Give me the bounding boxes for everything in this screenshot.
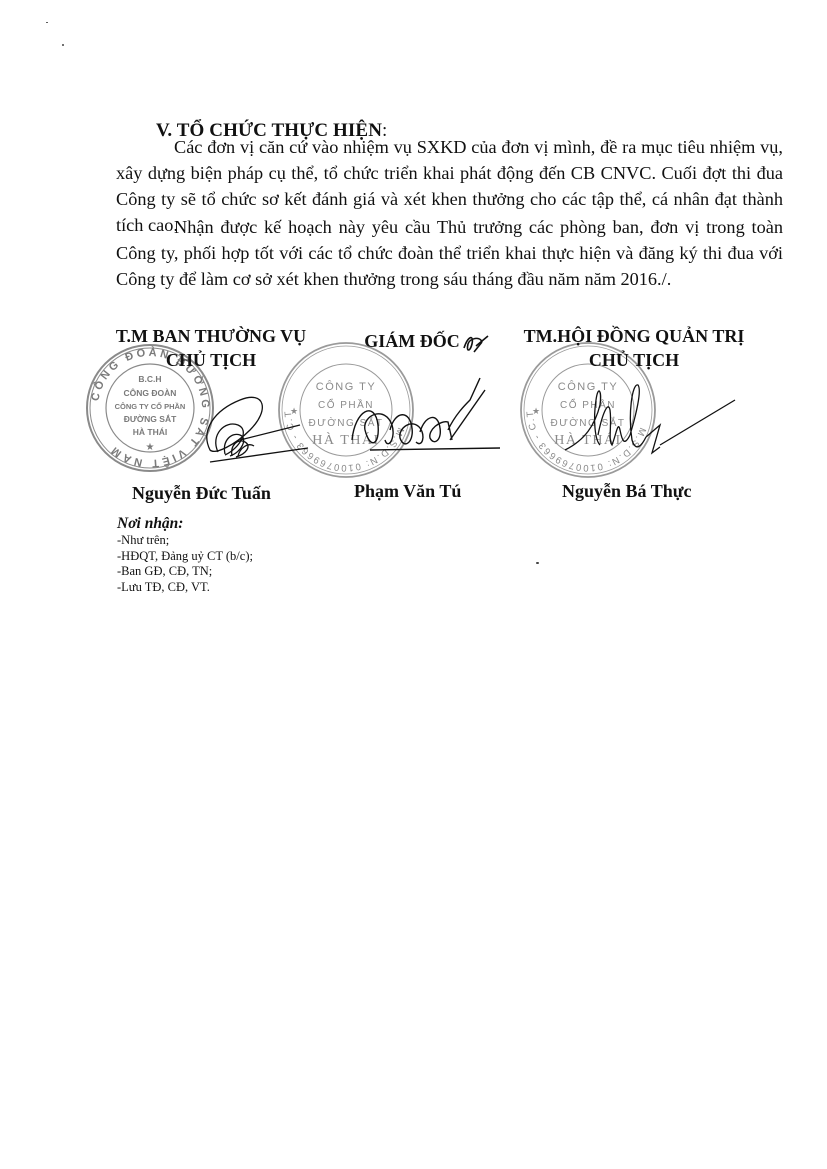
- recipient-item: -HĐQT, Đảng uỷ CT (b/c);: [117, 549, 253, 565]
- scan-speck: [62, 44, 64, 46]
- svg-text:★: ★: [146, 442, 155, 453]
- paragraph-request: Nhận được kế hoạch này yêu cầu Thủ trưởn…: [116, 214, 783, 292]
- signatory-name-union: Nguyễn Đức Tuấn: [132, 483, 271, 504]
- recipient-item: -Như trên;: [117, 533, 253, 549]
- recipients-label: Nơi nhận:: [117, 514, 253, 533]
- signatory-position: CHỦ TỊCH: [96, 348, 326, 372]
- signatory-name-director: Phạm Văn Tú: [354, 481, 461, 502]
- signature-board-chairman: [560, 375, 740, 465]
- signatory-org: GIÁM ĐỐC: [352, 329, 472, 353]
- recipient-item: -Lưu TĐ, CĐ, VT.: [117, 580, 253, 596]
- stamp-line: HÀ THÁI: [133, 427, 167, 437]
- signatory-director-title: GIÁM ĐỐC: [352, 329, 472, 353]
- scan-speck: [46, 22, 48, 23]
- signature-director: [330, 370, 500, 470]
- signatory-board-title: TM.HỘI ĐỒNG QUẢN TRỊ CHỦ TỊCH: [506, 324, 762, 372]
- svg-text:★: ★: [532, 406, 540, 416]
- recipients-block: Nơi nhận: -Như trên; -HĐQT, Đảng uỷ CT (…: [117, 514, 253, 595]
- recipients-list: -Như trên; -HĐQT, Đảng uỷ CT (b/c); -Ban…: [117, 533, 253, 595]
- recipient-item: -Ban GĐ, CĐ, TN;: [117, 564, 253, 580]
- signatory-position: CHỦ TỊCH: [506, 348, 762, 372]
- signatory-org: TM.HỘI ĐỒNG QUẢN TRỊ: [506, 324, 762, 348]
- stamp-line: B.C.H: [138, 374, 161, 384]
- signature-union-chairman: [170, 390, 310, 470]
- document-page: V. TỔ CHỨC THỰC HIỆN: Các đơn vị căn cứ …: [0, 0, 827, 1169]
- signatory-org: T.M BAN THƯỜNG VỤ: [96, 324, 326, 348]
- scan-speck: [536, 562, 539, 564]
- stamp-line: CÔNG ĐOÀN: [124, 387, 177, 398]
- signatory-name-board: Nguyễn Bá Thực: [562, 481, 692, 502]
- signatory-union-title: T.M BAN THƯỜNG VỤ CHỦ TỊCH: [96, 324, 326, 372]
